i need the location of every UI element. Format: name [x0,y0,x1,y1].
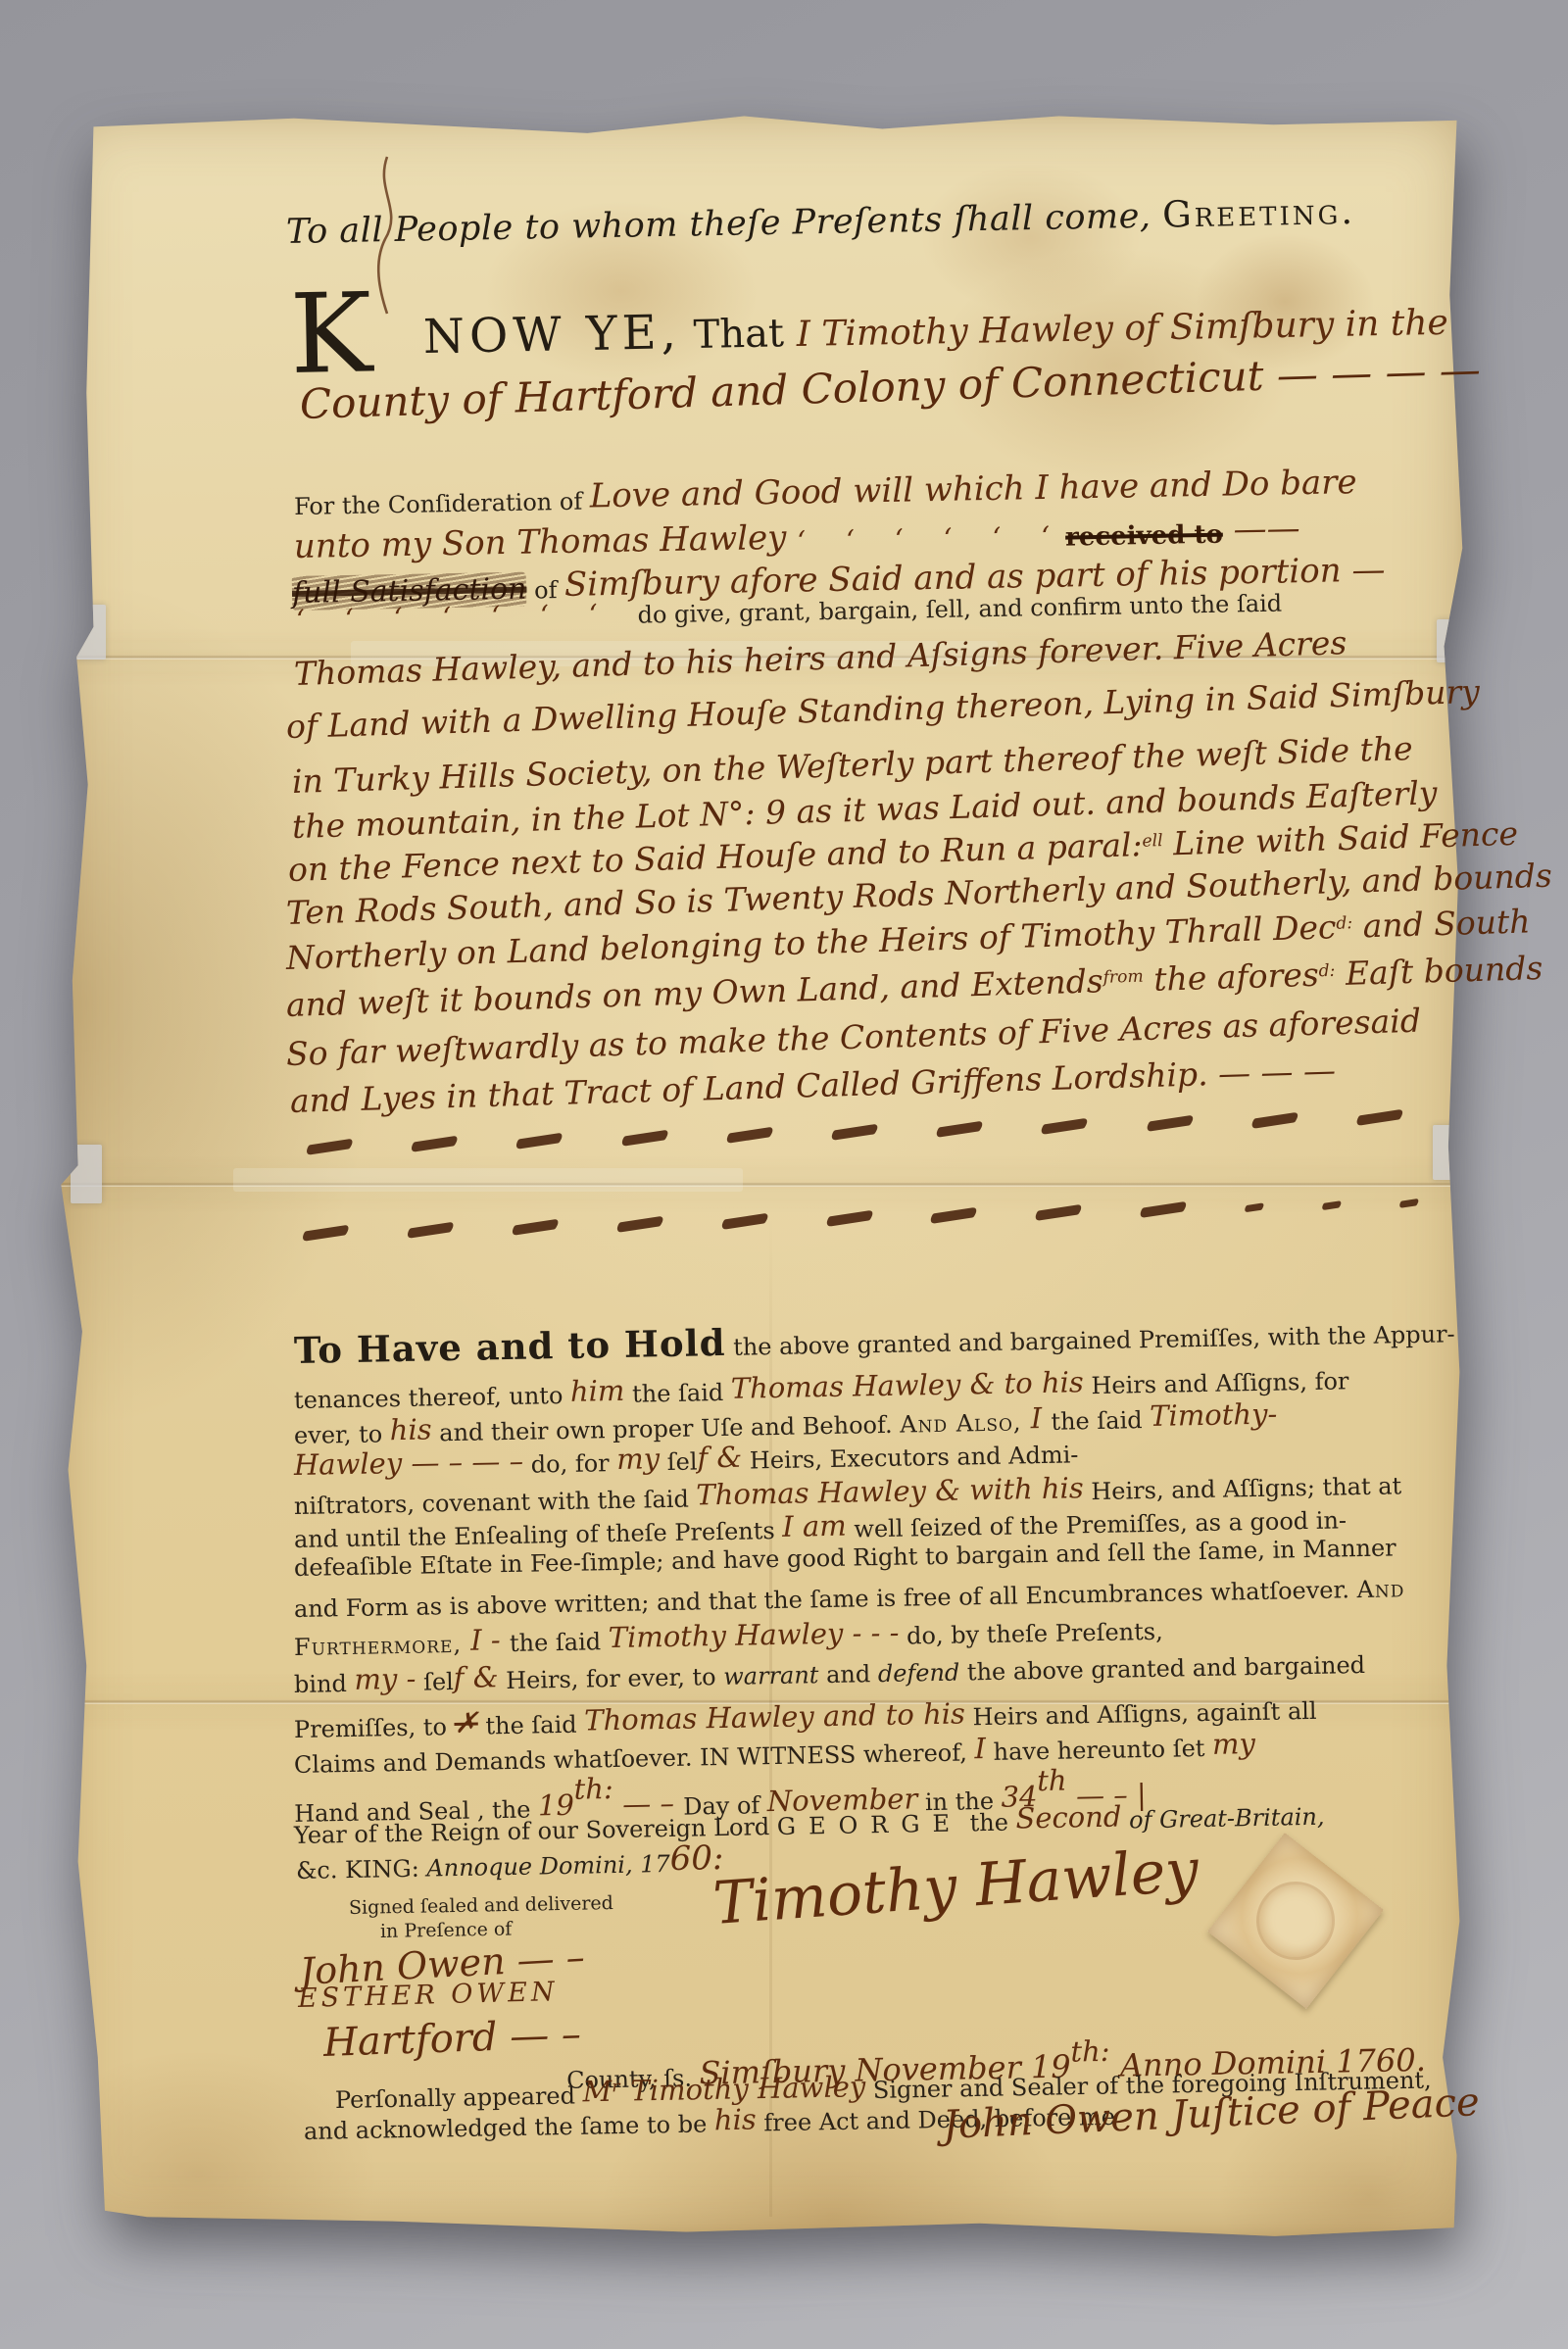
printed-italic: of Great-Britain, [1121,1803,1324,1835]
to-have-and-to-hold: To Have and to Hold [294,1321,726,1372]
header-text: To all People to whom theſe Preſents ſha… [286,197,1163,252]
printed-text: Heirs and Aſſigns, for [1084,1367,1349,1399]
printed-text: Heirs and Aſſigns, againſt all [965,1697,1317,1732]
handwritten-text: f & [697,1441,742,1475]
printed-text: ſel [660,1447,698,1476]
ink-dash-mark [618,1129,671,1147]
handwritten-text: Thomas Hawley & with his [696,1471,1084,1511]
handwritten-text: my [1212,1727,1256,1761]
printed-italic: warrant [723,1661,819,1690]
handwritten-dash: —— [1222,509,1300,549]
printed-text: Heirs, for ever, to [498,1663,723,1694]
printed-text: ſel [416,1668,454,1696]
ink-dash-mark [1032,1203,1085,1221]
printed-text: the ſaid [1051,1406,1150,1436]
document-photo: To all People to whom theſe Preſents ſha… [0,0,1568,2349]
printed-text: do, for [523,1449,617,1479]
handwritten-text: unto my Son Thomas Hawley [294,518,798,566]
printed-text: Heirs, and Aſſigns; that at [1083,1472,1401,1505]
ink-dash-mark [822,1209,875,1227]
printed-text: the ſaid [510,1628,609,1657]
printed-text: have hereunto ſet [986,1735,1213,1766]
printed-text: the above granted and bargained [959,1651,1365,1687]
anno-domini-line: &c. KING: Annoque Domini, 1760: [296,1840,724,1887]
printed-text: do give, grant, bargain, ſell, and confi… [637,590,1282,629]
ink-dash-mark [513,1132,565,1150]
ink-dash-mark [1243,1201,1266,1212]
ink-dash-mark [404,1221,457,1239]
printed-text: the ſaid [624,1379,731,1408]
handwritten-text: I - [462,1623,511,1657]
handwritten-text: Thomas Hawley & to his [730,1365,1084,1405]
printed-text: Premiſſes, to [294,1713,455,1743]
printed-text: For the Conſideration of [294,487,590,520]
printed-text: &c. KING: [296,1855,427,1884]
ink-tick-marks: ʻ ʻ ʻ ʻ ʻ ʻ [797,520,1065,558]
ink-dash-mark [718,1212,771,1230]
grantor-name-hand: I Timothy Hawley of Simſbury in the [796,303,1448,355]
struck-out-text: received to [1065,520,1223,553]
ink-dash-mark [723,1126,776,1144]
header-line: To all People to whom theſe Preſents ſha… [286,190,1356,252]
handwritten-text: him [570,1374,625,1408]
handwritten-text: I [974,1732,986,1765]
ink-dash-mark [927,1206,980,1224]
printed-text: and acknowledged the ſame to be [304,2110,714,2145]
printed-text: ever, to [294,1420,390,1449]
ink-tick-marks: ʻ ʻ ʻ ʻ ʻ ʻ ʻ [296,598,638,636]
ink-dash-mark [303,1138,356,1155]
ink-dash-mark [1248,1111,1300,1129]
handwritten-text: I [1021,1401,1052,1436]
printed-text: tenances thereof, unto [294,1382,570,1414]
handwritten-text: Second [1015,1800,1122,1835]
handwritten-text: and South [1352,902,1531,945]
handwritten-text: his [714,2103,757,2137]
ink-dash-mark [408,1135,461,1152]
printed-italic: defend [878,1659,960,1688]
ink-dash-mark [509,1218,562,1236]
superscript: th: [1070,2034,1110,2069]
grantor-signature: Timothy Hawley [711,1835,1201,1937]
handwritten-text: I am [782,1509,847,1543]
printed-italic: Annoque Domini, 17 [426,1850,670,1883]
header-greeting: Greeting. [1162,190,1356,236]
handwritten-text: my - [354,1662,416,1696]
superscript: th: [573,1772,613,1806]
ink-dash-mark [1038,1117,1091,1135]
handwritten-text: my [616,1442,661,1476]
printed-text: and [818,1660,878,1688]
struck-mark: ✗ [454,1706,478,1739]
printed-text: the above granted and bargained Premiſſe… [725,1320,1455,1361]
ink-dash-mark [828,1123,881,1141]
superscript: ell [1142,831,1163,852]
ink-dash-mark [613,1215,666,1233]
ink-dash-row [306,1112,1403,1152]
know-ye-that: That [681,311,798,358]
handwritten-text: Love and Good will which I have and Do b… [589,463,1357,515]
ink-dash-mark [1137,1200,1190,1218]
attestation-line: in Preſence of [380,1919,513,1942]
handwritten-text: his [389,1412,431,1446]
ink-dash-row [302,1198,1419,1239]
handwritten-text: Eaſt bounds [1335,949,1543,993]
handwritten-text: Hawley — – — – [294,1444,524,1482]
witness-signature-2: Esther Owen [298,1977,559,2014]
handwritten-text: Line with Said Fence [1162,814,1518,863]
handwritten-text: f & [453,1660,498,1694]
ink-dash-mark [299,1224,352,1242]
attestation-line: Signed ſealed and delivered [349,1892,613,1919]
superscript: d: [1336,913,1352,933]
king-name: GEORGE [777,1810,963,1840]
superscript: from [1102,967,1144,988]
ink-dash-mark [1396,1198,1420,1208]
handwritten-text: Thomas Hawley and to his [584,1696,965,1737]
ink-dash-mark [1143,1114,1196,1132]
printed-text: the [962,1809,1016,1837]
handwritten-text: Timothy- [1150,1397,1278,1433]
superscript: th [1037,1764,1067,1798]
printed-text: bind [294,1670,355,1698]
printed-text: do, by theſe Preſents, [899,1618,1163,1650]
ink-dash-mark [1320,1199,1344,1210]
ink-dash-mark [1353,1108,1406,1126]
printed-text: Heirs, Executors and Admi- [742,1441,1079,1474]
printed-smallcaps: Furthermore, [294,1631,463,1661]
habendum-headline: To Have and to Hold the above granted an… [294,1307,1455,1372]
handwritten-text: the afores [1143,955,1319,999]
know-ye-caps: NOW YE, [422,305,681,365]
ink-dash-mark [933,1120,986,1138]
printed-text: the ſaid [478,1711,585,1740]
know-ye-dropcap: K [289,294,372,376]
superscript: d: [1318,961,1335,981]
handwritten-text: Timothy Hawley - - - [608,1616,899,1654]
document-text: To all People to whom theſe Preſents ſha… [0,0,1568,2349]
printed-smallcaps: And Also, [900,1408,1022,1438]
printed-smallcaps: And [1356,1575,1404,1603]
acknowledgment-place: Hartford — – [322,2012,581,2066]
printed-text: and Form as is above written; and that t… [294,1576,1357,1623]
